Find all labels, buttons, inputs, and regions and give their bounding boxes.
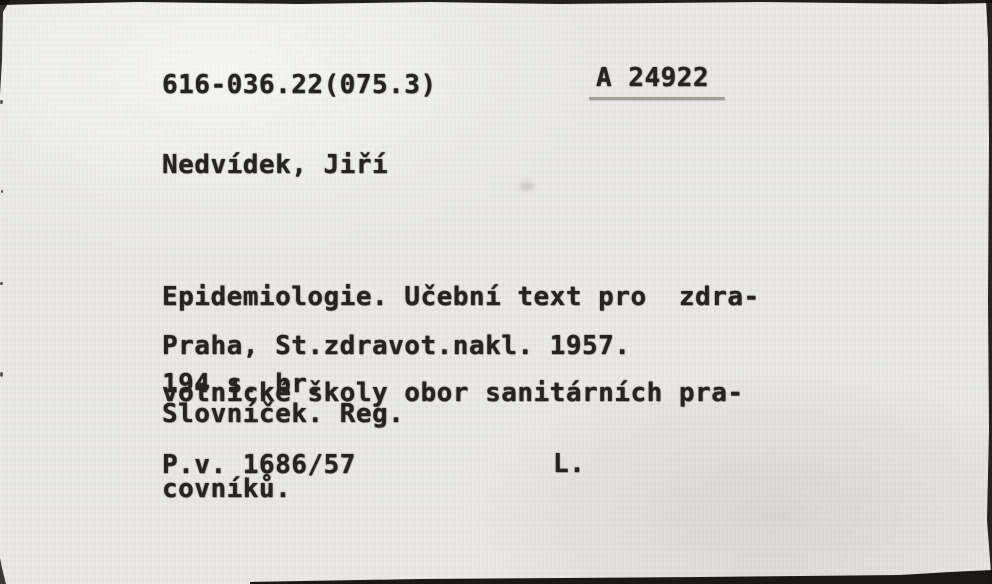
scan-edge-bottom xyxy=(0,570,992,584)
paper-speck xyxy=(0,372,3,377)
scan-edge-top xyxy=(0,0,992,5)
scan-edge-bottom-left xyxy=(0,558,8,584)
title-line: Epidemiologie. Učební text pro zdra- xyxy=(162,281,760,313)
cataloguer-initial: L. xyxy=(553,449,585,479)
collation-line: 194 s. br. xyxy=(162,369,324,399)
record-number: P.v. 1686/57 xyxy=(162,450,356,480)
notes-line: Slovníček. Reg. xyxy=(162,399,404,429)
paper-smudge xyxy=(520,182,534,190)
paper-speck xyxy=(0,282,3,285)
accession-underline xyxy=(589,97,725,100)
imprint-line: Praha, St.zdravot.nakl. 1957. xyxy=(162,331,630,361)
scan-edge-right xyxy=(986,0,992,584)
catalog-card: 616-036.22(075.3) A 24922 Nedvídek, Jiří… xyxy=(0,0,992,584)
paper-speck xyxy=(0,100,3,104)
paper-speck xyxy=(1,190,3,193)
scan-edge-top-left xyxy=(0,0,10,95)
accession-number: A 24922 xyxy=(596,63,709,93)
classification-number: 616-036.22(075.3) xyxy=(162,70,437,100)
author-heading: Nedvídek, Jiří xyxy=(162,150,388,180)
